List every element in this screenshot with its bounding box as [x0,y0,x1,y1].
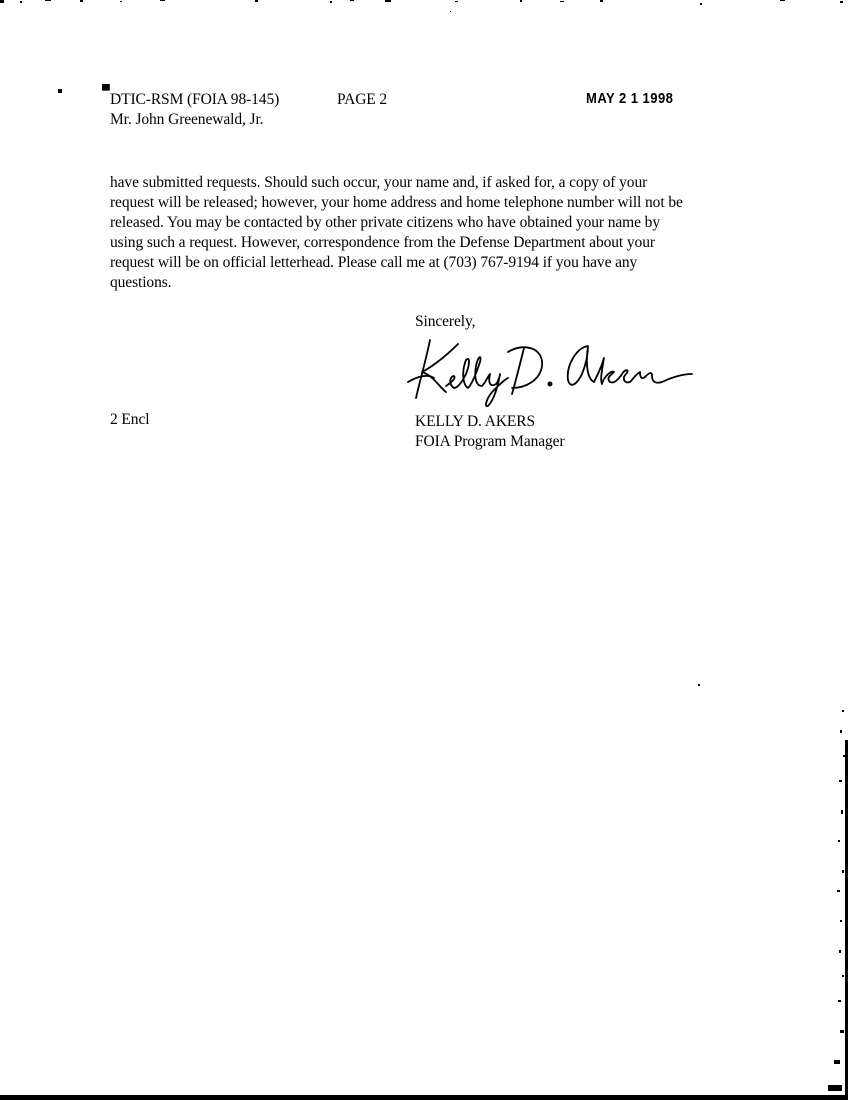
scan-edge-bottom [0,1095,848,1100]
recipient-name: Mr. John Greenewald, Jr. [110,110,263,130]
body-line: released. You may be contacted by other … [110,213,683,233]
scan-speck [58,89,62,93]
salutation: Sincerely, [415,312,475,332]
body-line: request will be on official letterhead. … [110,253,683,273]
date-stamp: MAY 2 1 1998 [586,91,673,107]
bullet-mark: ▀ [102,86,110,96]
reference-number: DTIC-RSM (FOIA 98-145) [110,90,279,110]
body-line: using such a request. However, correspon… [110,233,683,253]
letter-body: have submitted requests. Should such occ… [110,173,683,293]
signer-name: KELLY D. AKERS [415,412,535,432]
enclosure-note: 2 Encl [110,410,149,430]
body-line: have submitted requests. Should such occ… [110,173,683,193]
body-line: request will be released; however, your … [110,193,683,213]
scan-noise-top [0,0,848,12]
page-number: PAGE 2 [337,90,387,110]
handwritten-signature [400,330,700,410]
signer-title: FOIA Program Manager [415,432,565,452]
scan-speck [698,684,700,686]
body-line: questions. [110,273,683,293]
scan-edge-right [818,700,848,1100]
